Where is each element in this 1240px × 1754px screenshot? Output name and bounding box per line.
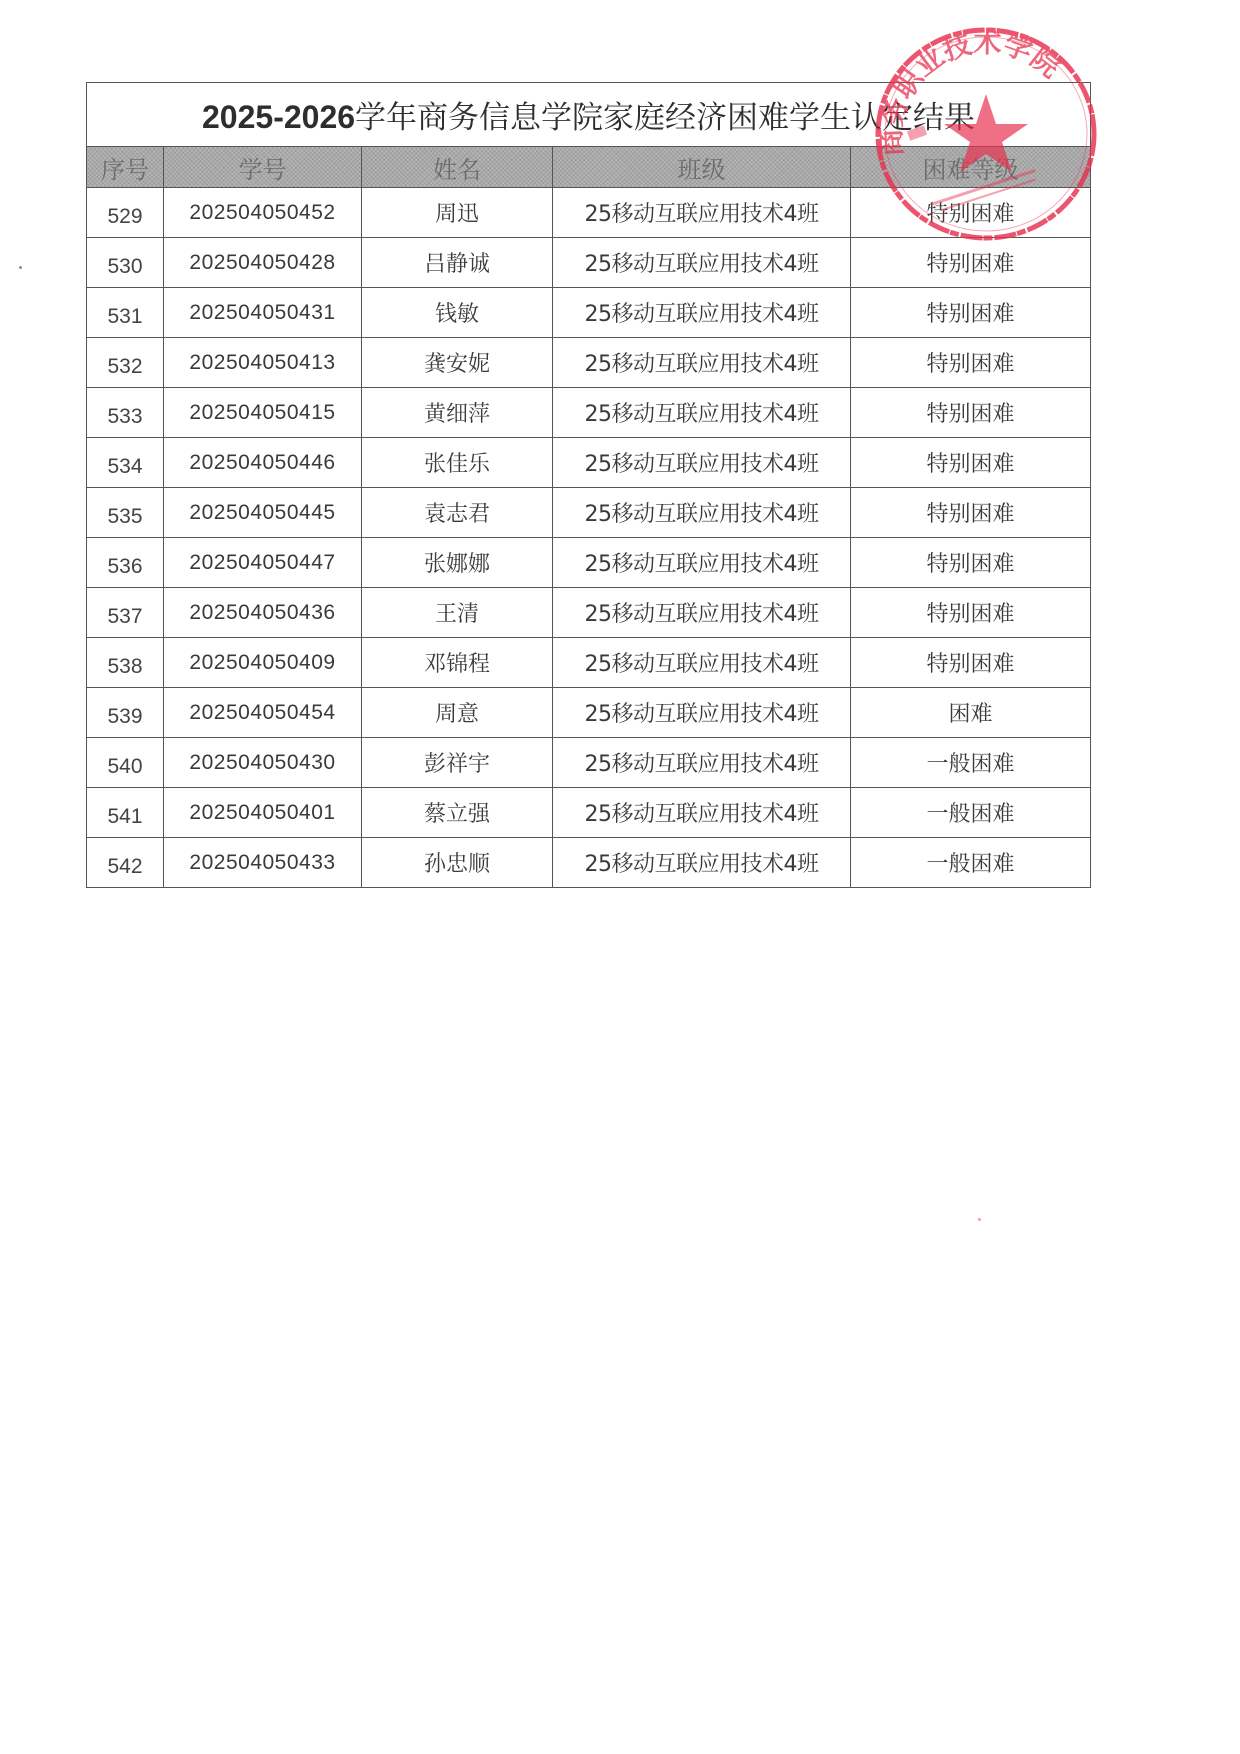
cell-level: 特别困难 (851, 388, 1091, 438)
cell-level: 一般困难 (851, 788, 1091, 838)
cell-level: 特别困难 (851, 238, 1091, 288)
table-row: 536202504050447张娜娜25移动互联应用技术4班特别困难 (87, 538, 1091, 588)
title-text: 学年商务信息学院家庭经济困难学生认定结果 (355, 100, 975, 136)
cell-student-id: 202504050447 (164, 538, 362, 588)
cell-seq: 529 (87, 188, 164, 238)
cell-class: 25移动互联应用技术4班 (553, 338, 851, 388)
table-row: 538202504050409邓锦程25移动互联应用技术4班特别困难 (87, 638, 1091, 688)
cell-name: 钱敏 (362, 288, 553, 338)
document-title: 2025-2026学年商务信息学院家庭经济困难学生认定结果 (87, 83, 1091, 147)
cell-seq: 541 (87, 788, 164, 838)
table-row: 532202504050413龚安妮25移动互联应用技术4班特别困难 (87, 338, 1091, 388)
cell-name: 邓锦程 (362, 638, 553, 688)
cell-student-id: 202504050428 (164, 238, 362, 288)
cell-student-id: 202504050452 (164, 188, 362, 238)
cell-student-id: 202504050436 (164, 588, 362, 638)
cell-level: 困难 (851, 688, 1091, 738)
cell-student-id: 202504050433 (164, 838, 362, 888)
cell-name: 王清 (362, 588, 553, 638)
cell-level: 特别困难 (851, 338, 1091, 388)
cell-class: 25移动互联应用技术4班 (553, 388, 851, 438)
cell-name: 袁志君 (362, 488, 553, 538)
cell-seq: 533 (87, 388, 164, 438)
column-header-class: 班级 (553, 147, 851, 188)
cell-class: 25移动互联应用技术4班 (553, 588, 851, 638)
cell-name: 彭祥宇 (362, 738, 553, 788)
cell-class: 25移动互联应用技术4班 (553, 538, 851, 588)
table-row: 539202504050454周意25移动互联应用技术4班困难 (87, 688, 1091, 738)
cell-name: 黄细萍 (362, 388, 553, 438)
cell-name: 吕静诚 (362, 238, 553, 288)
cell-seq: 535 (87, 488, 164, 538)
cell-name: 孙忠顺 (362, 838, 553, 888)
cell-name: 张娜娜 (362, 538, 553, 588)
column-header-seq: 序号 (87, 147, 164, 188)
table-row: 541202504050401蔡立强25移动互联应用技术4班一般困难 (87, 788, 1091, 838)
cell-seq: 531 (87, 288, 164, 338)
cell-level: 特别困难 (851, 188, 1091, 238)
column-header-name: 姓名 (362, 147, 553, 188)
cell-seq: 539 (87, 688, 164, 738)
cell-student-id: 202504050431 (164, 288, 362, 338)
cell-seq: 538 (87, 638, 164, 688)
cell-level: 一般困难 (851, 838, 1091, 888)
table-row: 535202504050445袁志君25移动互联应用技术4班特别困难 (87, 488, 1091, 538)
cell-student-id: 202504050430 (164, 738, 362, 788)
column-header-row: 序号 学号 姓名 班级 困难等级 (87, 147, 1091, 188)
title-year: 2025-2026 (202, 99, 355, 135)
cell-class: 25移动互联应用技术4班 (553, 638, 851, 688)
column-header-student-id: 学号 (164, 147, 362, 188)
column-header-level: 困难等级 (851, 147, 1091, 188)
cell-student-id: 202504050445 (164, 488, 362, 538)
cell-seq: 537 (87, 588, 164, 638)
cell-student-id: 202504050446 (164, 438, 362, 488)
cell-level: 特别困难 (851, 288, 1091, 338)
cell-name: 龚安妮 (362, 338, 553, 388)
scan-speck (978, 1218, 981, 1221)
cell-level: 特别困难 (851, 438, 1091, 488)
table-row: 537202504050436王清25移动互联应用技术4班特别困难 (87, 588, 1091, 638)
cell-student-id: 202504050454 (164, 688, 362, 738)
cell-student-id: 202504050409 (164, 638, 362, 688)
cell-seq: 532 (87, 338, 164, 388)
cell-seq: 530 (87, 238, 164, 288)
cell-class: 25移动互联应用技术4班 (553, 238, 851, 288)
cell-seq: 534 (87, 438, 164, 488)
cell-name: 周意 (362, 688, 553, 738)
cell-name: 蔡立强 (362, 788, 553, 838)
table-row: 542202504050433孙忠顺25移动互联应用技术4班一般困难 (87, 838, 1091, 888)
cell-student-id: 202504050413 (164, 338, 362, 388)
scan-speck (19, 266, 22, 269)
table-row: 529202504050452周迅25移动互联应用技术4班特别困难 (87, 188, 1091, 238)
cell-class: 25移动互联应用技术4班 (553, 188, 851, 238)
cell-student-id: 202504050415 (164, 388, 362, 438)
cell-class: 25移动互联应用技术4班 (553, 788, 851, 838)
cell-name: 张佳乐 (362, 438, 553, 488)
table-row: 531202504050431钱敏25移动互联应用技术4班特别困难 (87, 288, 1091, 338)
cell-class: 25移动互联应用技术4班 (553, 438, 851, 488)
table-row: 530202504050428吕静诚25移动互联应用技术4班特别困难 (87, 238, 1091, 288)
table-row: 534202504050446张佳乐25移动互联应用技术4班特别困难 (87, 438, 1091, 488)
result-table: 2025-2026学年商务信息学院家庭经济困难学生认定结果 序号 学号 姓名 班… (86, 82, 1091, 888)
cell-class: 25移动互联应用技术4班 (553, 288, 851, 338)
cell-class: 25移动互联应用技术4班 (553, 738, 851, 788)
cell-class: 25移动互联应用技术4班 (553, 838, 851, 888)
cell-seq: 542 (87, 838, 164, 888)
cell-name: 周迅 (362, 188, 553, 238)
cell-level: 一般困难 (851, 738, 1091, 788)
cell-seq: 536 (87, 538, 164, 588)
cell-seq: 540 (87, 738, 164, 788)
cell-level: 特别困难 (851, 538, 1091, 588)
scanned-page: 2025-2026学年商务信息学院家庭经济困难学生认定结果 序号 学号 姓名 班… (0, 0, 1240, 1754)
title-row: 2025-2026学年商务信息学院家庭经济困难学生认定结果 (87, 83, 1091, 147)
cell-class: 25移动互联应用技术4班 (553, 688, 851, 738)
cell-student-id: 202504050401 (164, 788, 362, 838)
cell-level: 特别困难 (851, 638, 1091, 688)
cell-level: 特别困难 (851, 588, 1091, 638)
table-row: 533202504050415黄细萍25移动互联应用技术4班特别困难 (87, 388, 1091, 438)
table-row: 540202504050430彭祥宇25移动互联应用技术4班一般困难 (87, 738, 1091, 788)
cell-level: 特别困难 (851, 488, 1091, 538)
table-body: 529202504050452周迅25移动互联应用技术4班特别困难5302025… (87, 188, 1091, 888)
cell-class: 25移动互联应用技术4班 (553, 488, 851, 538)
